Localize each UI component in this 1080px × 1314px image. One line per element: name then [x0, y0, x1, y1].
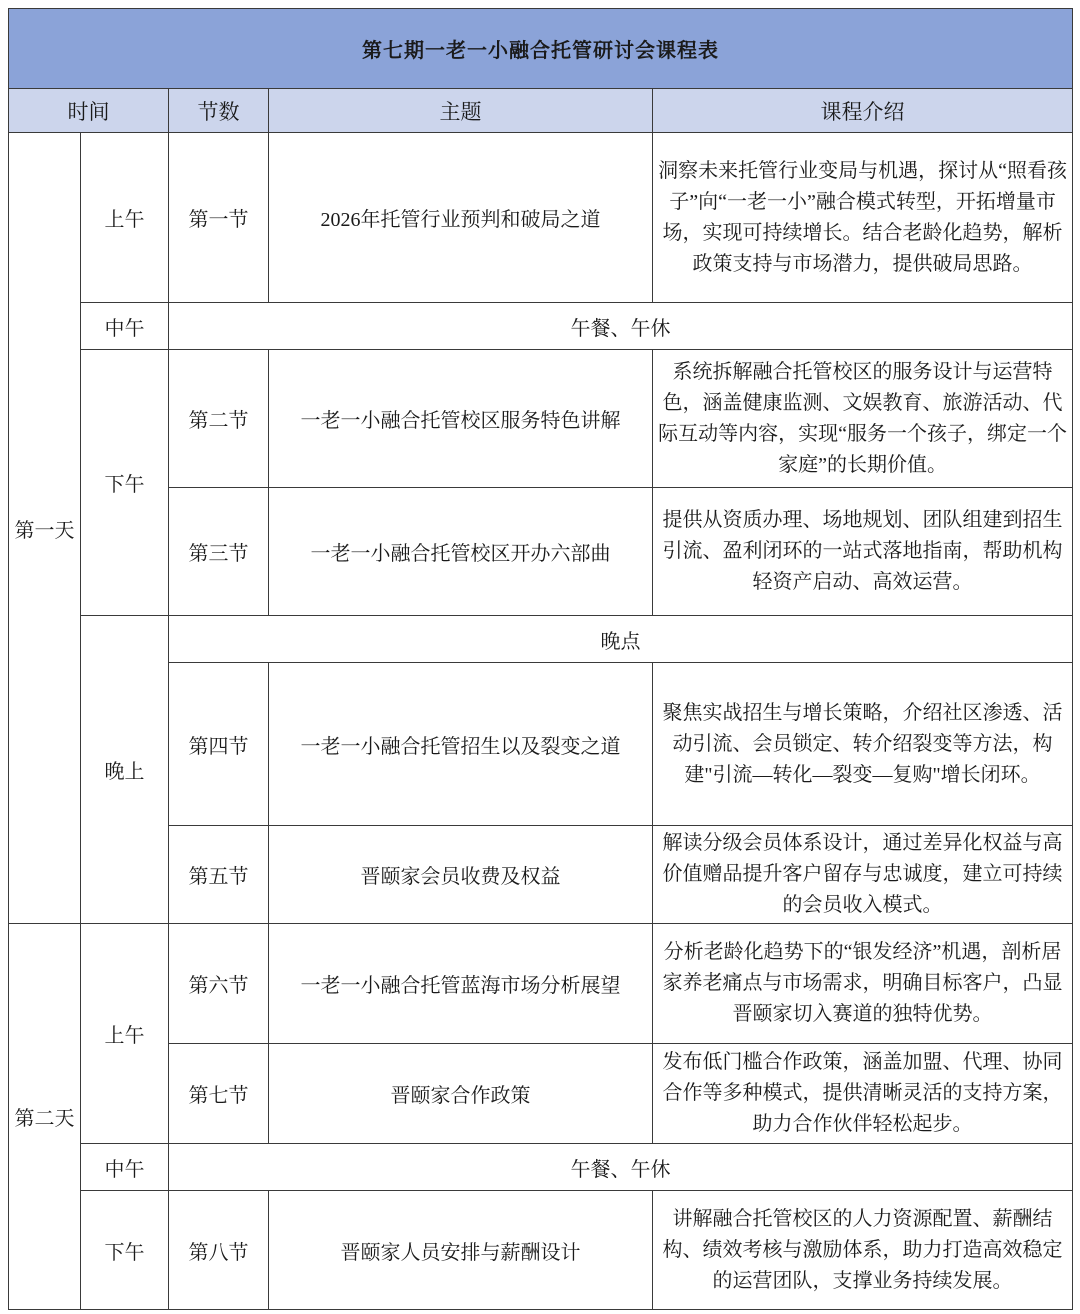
session-4-intro: 聚焦实战招生与增长策略，介绍社区渗透、活动引流、会员锁定、转介绍裂变等方法，构建…	[653, 663, 1073, 826]
session-7-intro: 发布低门槛合作政策，涵盖加盟、代理、协同合作等多种模式，提供清晰灵活的支持方案，…	[653, 1044, 1073, 1144]
lunch-break-day2: 午餐、午休	[169, 1144, 1073, 1191]
col-header-time: 时间	[9, 89, 169, 133]
session-5-intro: 解读分级会员体系设计，通过差异化权益与高价值赠品提升客户留存与忠诚度，建立可持续…	[653, 826, 1073, 924]
session-8-no: 第八节	[169, 1191, 269, 1310]
session-2-topic: 一老一小融合托管校区服务特色讲解	[269, 350, 653, 488]
session-6-no: 第六节	[169, 924, 269, 1044]
schedule-table: 第七期一老一小融合托管研讨会课程表 时间 节数 主题 课程介绍 第一天 上午 第…	[8, 8, 1073, 1310]
row-session-2: 下午 第二节 一老一小融合托管校区服务特色讲解 系统拆解融合托管校区的服务设计与…	[9, 350, 1073, 488]
page-title: 第七期一老一小融合托管研讨会课程表	[9, 9, 1073, 89]
session-1-no: 第一节	[169, 133, 269, 303]
session-6-topic: 一老一小融合托管蓝海市场分析展望	[269, 924, 653, 1044]
header-row: 时间 节数 主题 课程介绍	[9, 89, 1073, 133]
session-4-topic: 一老一小融合托管招生以及裂变之道	[269, 663, 653, 826]
session-4-no: 第四节	[169, 663, 269, 826]
session-5-no: 第五节	[169, 826, 269, 924]
session-1-intro: 洞察未来托管行业变局与机遇，探讨从“照看孩子”向“一老一小”融合模式转型，开拓增…	[653, 133, 1073, 303]
session-3-no: 第三节	[169, 488, 269, 616]
row-session-4: 第四节 一老一小融合托管招生以及裂变之道 聚焦实战招生与增长策略，介绍社区渗透、…	[9, 663, 1073, 826]
row-session-7: 第七节 晋颐家合作政策 发布低门槛合作政策，涵盖加盟、代理、协同合作等多种模式，…	[9, 1044, 1073, 1144]
session-8-intro: 讲解融合托管校区的人力资源配置、薪酬结构、绩效考核与激励体系，助力打造高效稳定的…	[653, 1191, 1073, 1310]
row-session-1: 第一天 上午 第一节 2026年托管行业预判和破局之道 洞察未来托管行业变局与机…	[9, 133, 1073, 303]
col-header-session: 节数	[169, 89, 269, 133]
time-morning-day2: 上午	[81, 924, 169, 1144]
session-3-topic: 一老一小融合托管校区开办六部曲	[269, 488, 653, 616]
time-noon-day1: 中午	[81, 303, 169, 350]
row-session-3: 第三节 一老一小融合托管校区开办六部曲 提供从资质办理、场地规划、团队组建到招生…	[9, 488, 1073, 616]
session-2-no: 第二节	[169, 350, 269, 488]
lunch-break-day1: 午餐、午休	[169, 303, 1073, 350]
time-afternoon-day1: 下午	[81, 350, 169, 616]
time-afternoon-day2: 下午	[81, 1191, 169, 1310]
session-6-intro: 分析老龄化趋势下的“银发经济”机遇，剖析居家养老痛点与市场需求，明确目标客户，凸…	[653, 924, 1073, 1044]
session-3-intro: 提供从资质办理、场地规划、团队组建到招生引流、盈利闭环的一站式落地指南，帮助机构…	[653, 488, 1073, 616]
row-session-5: 第五节 晋颐家会员收费及权益 解读分级会员体系设计，通过差异化权益与高价值赠品提…	[9, 826, 1073, 924]
row-session-8: 下午 第八节 晋颐家人员安排与薪酬设计 讲解融合托管校区的人力资源配置、薪酬结构…	[9, 1191, 1073, 1310]
session-7-no: 第七节	[169, 1044, 269, 1144]
day1-label: 第一天	[9, 133, 81, 924]
row-lunch-day1: 中午 午餐、午休	[9, 303, 1073, 350]
title-row: 第七期一老一小融合托管研讨会课程表	[9, 9, 1073, 89]
session-7-topic: 晋颐家合作政策	[269, 1044, 653, 1144]
day2-label: 第二天	[9, 924, 81, 1310]
session-8-topic: 晋颐家人员安排与薪酬设计	[269, 1191, 653, 1310]
row-lunch-day2: 中午 午餐、午休	[9, 1144, 1073, 1191]
supper-break-day1: 晚点	[169, 616, 1073, 663]
time-morning-day1: 上午	[81, 133, 169, 303]
session-5-topic: 晋颐家会员收费及权益	[269, 826, 653, 924]
row-supper-day1: 晚上 晚点	[9, 616, 1073, 663]
time-noon-day2: 中午	[81, 1144, 169, 1191]
session-2-intro: 系统拆解融合托管校区的服务设计与运营特色，涵盖健康监测、文娱教育、旅游活动、代际…	[653, 350, 1073, 488]
time-evening-day1: 晚上	[81, 616, 169, 924]
col-header-intro: 课程介绍	[653, 89, 1073, 133]
session-1-topic: 2026年托管行业预判和破局之道	[269, 133, 653, 303]
row-session-6: 第二天 上午 第六节 一老一小融合托管蓝海市场分析展望 分析老龄化趋势下的“银发…	[9, 924, 1073, 1044]
col-header-topic: 主题	[269, 89, 653, 133]
